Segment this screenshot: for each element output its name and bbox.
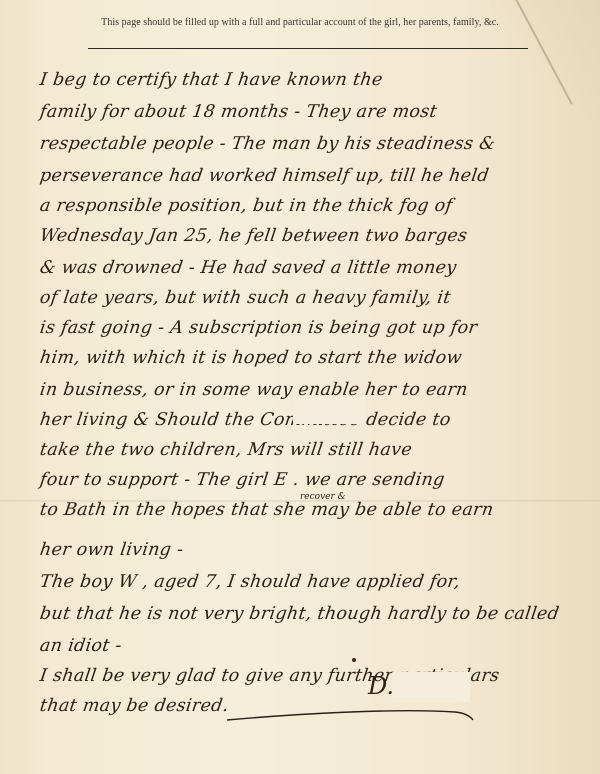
letter-line: four to support - The girl E . we are se…	[39, 470, 446, 490]
letter-line: a responsible position, but in the thick…	[39, 196, 454, 216]
signature-flourish	[225, 706, 475, 726]
letter-line: is fast going - A subscription is being …	[39, 318, 479, 338]
letter-line: but that he is not very bright, though h…	[39, 604, 561, 624]
redacted-surname	[293, 398, 365, 424]
letter-line: perseverance had worked himself up, till…	[39, 166, 491, 186]
letter-line: her own living -	[39, 540, 185, 560]
letter-line: I beg to certify that I have known the	[39, 70, 384, 90]
letter-line: in business, or in some way enable her t…	[39, 380, 469, 400]
letter-line: & was drowned - He had saved a little mo…	[39, 258, 458, 278]
letter-line: an idiot -	[39, 636, 124, 656]
redacted-signature	[392, 672, 470, 702]
letter-line: Wednesday Jan 25, he fell between two ba…	[39, 226, 469, 246]
letter-line: to Bath in the hopes that she may be abl…	[39, 500, 495, 520]
ink-dot	[352, 658, 356, 662]
letter-line: family for about 18 months - They are mo…	[39, 102, 439, 122]
letter-line: him, with which it is hoped to start the…	[39, 348, 464, 368]
letter-line: of late years, but with such a heavy fam…	[39, 288, 452, 308]
letter-line: her living & Should the Committee decide…	[39, 410, 452, 430]
header-rule	[88, 48, 528, 49]
signature-initial: D.	[368, 672, 394, 700]
letter-page: This page should be filled up with a ful…	[0, 0, 600, 774]
printed-form-instruction: This page should be filled up with a ful…	[0, 17, 600, 28]
letter-line: The boy W , aged 7, I should have applie…	[39, 572, 462, 592]
interlinear-note: recover &	[300, 492, 346, 502]
letter-line: take the two children, Mrs will still ha…	[39, 440, 414, 460]
letter-line: respectable people - The man by his stea…	[39, 134, 497, 154]
letter-line: that may be desired.	[39, 696, 230, 716]
